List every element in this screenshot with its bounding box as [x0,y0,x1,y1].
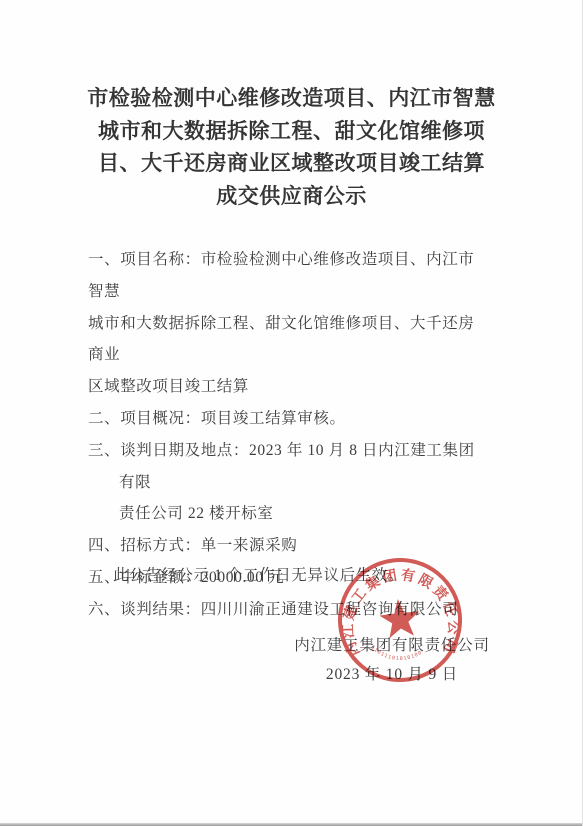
body-item-bidding-method: 四、招标方式：单一来源采购 [88,530,488,562]
document-title: 市检验检测中心维修改造项目、内江市智慧 城市和大数据拆除工程、甜文化馆维修项 目… [40,82,543,212]
scanned-document-page: 市检验检测中心维修改造项目、内江市智慧 城市和大数据拆除工程、甜文化馆维修项 目… [0,0,583,826]
signature-block: 内江建工集团有限责任公司 2023 年 10 月 9 日 [283,631,501,689]
signature-date: 2023 年 10 月 9 日 [283,660,501,689]
body-item-project-overview: 二、项目概况：项目竣工结算审核。 [88,403,488,435]
closing-note: 此公告经公示 1 个工作日无异议后生效。 [113,560,404,592]
signature-company: 内江建工集团有限责任公司 [283,631,501,660]
body-item-project-name: 一、项目名称：市检验检测中心维修改造项目、内江市智慧 城市和大数据拆除工程、甜文… [88,244,488,403]
body-item-negotiation-result: 六、谈判结果：四川川渝正通建设工程咨询有限公司 [88,594,488,626]
body-item-negotiation-date-place: 三、谈判日期及地点：2023 年 10 月 8 日内江建工集团有限 责任公司 2… [88,435,488,530]
